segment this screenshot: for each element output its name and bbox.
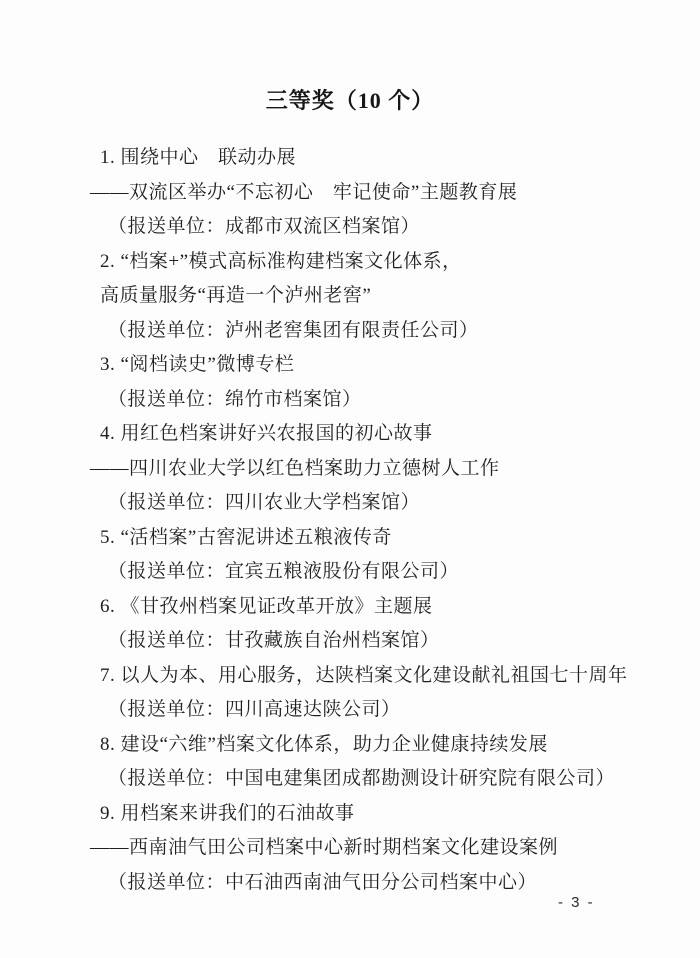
entry-line: ——双流区举办“不忘初心 牢记使命”主题教育展 xyxy=(90,176,660,211)
entry-line: 4. 用红色档案讲好兴农报国的初心故事 xyxy=(100,417,660,452)
entry-line: 2. “档案+”模式高标准构建档案文化体系， xyxy=(100,245,660,280)
entry-line: （报送单位：成都市双流区档案馆） xyxy=(100,210,660,245)
entry-line: 5. “活档案”古窖泥讲述五粮液传奇 xyxy=(100,521,660,556)
entry-line: （报送单位：中国电建集团成都勘测设计研究院有限公司） xyxy=(100,762,660,797)
entry-line: 高质量服务“再造一个泸州老窖” xyxy=(100,279,660,314)
entry-line: ——四川农业大学以红色档案助力立德树人工作 xyxy=(90,452,660,487)
entry-line: （报送单位：四川农业大学档案馆） xyxy=(100,486,660,521)
entry-line: 7. 以人为本、用心服务，达陕档案文化建设献礼祖国七十周年 xyxy=(100,659,660,694)
document-page: 三等奖（10 个） 1. 围绕中心 联动办展 ——双流区举办“不忘初心 牢记使命… xyxy=(0,0,700,958)
entry-line: （报送单位：绵竹市档案馆） xyxy=(100,383,660,418)
entry-line: ——西南油气田公司档案中心新时期档案文化建设案例 xyxy=(90,831,660,866)
entry-line: 8. 建设“六维”档案文化体系，助力企业健康持续发展 xyxy=(100,728,660,763)
document-body: 1. 围绕中心 联动办展 ——双流区举办“不忘初心 牢记使命”主题教育展 （报送… xyxy=(100,141,660,900)
entry-line: 9. 用档案来讲我们的石油故事 xyxy=(100,797,660,832)
entry-line: （报送单位：宜宾五粮液股份有限公司） xyxy=(100,555,660,590)
page-title: 三等奖（10 个） xyxy=(0,84,700,115)
entry-line: （报送单位：甘孜藏族自治州档案馆） xyxy=(100,624,660,659)
entry-line: 6. 《甘孜州档案见证改革开放》主题展 xyxy=(100,590,660,625)
entry-line: （报送单位：四川高速达陕公司） xyxy=(100,693,660,728)
entry-line: 3. “阅档读史”微博专栏 xyxy=(100,348,660,383)
page-number: - 3 - xyxy=(558,894,595,911)
entry-line: 1. 围绕中心 联动办展 xyxy=(100,141,660,176)
entry-line: （报送单位：泸州老窖集团有限责任公司） xyxy=(100,314,660,349)
